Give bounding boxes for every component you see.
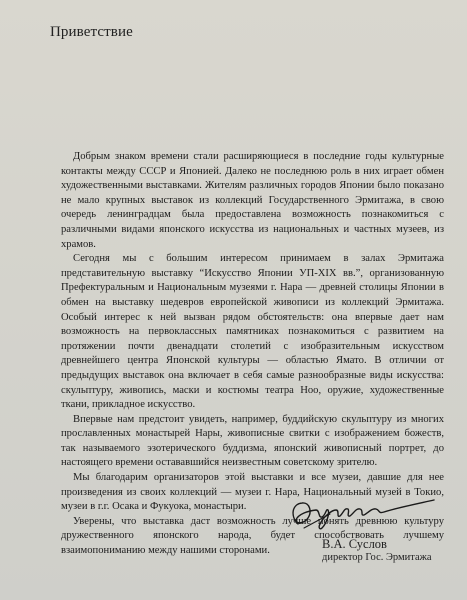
paragraph-1: Добрым знаком времени стали расширяющиес…: [61, 150, 444, 252]
signer-title: директор Гос. Эрмитажа: [322, 552, 432, 563]
paragraph-3: Впервые нам предстоит увидеть, например,…: [61, 413, 444, 471]
signer-name: В.А. Суслов: [322, 537, 387, 552]
page-title: Приветствие: [50, 24, 133, 41]
signature-icon: [286, 494, 436, 534]
paragraph-2: Сегодня мы с большим интересом принимаем…: [61, 252, 444, 413]
